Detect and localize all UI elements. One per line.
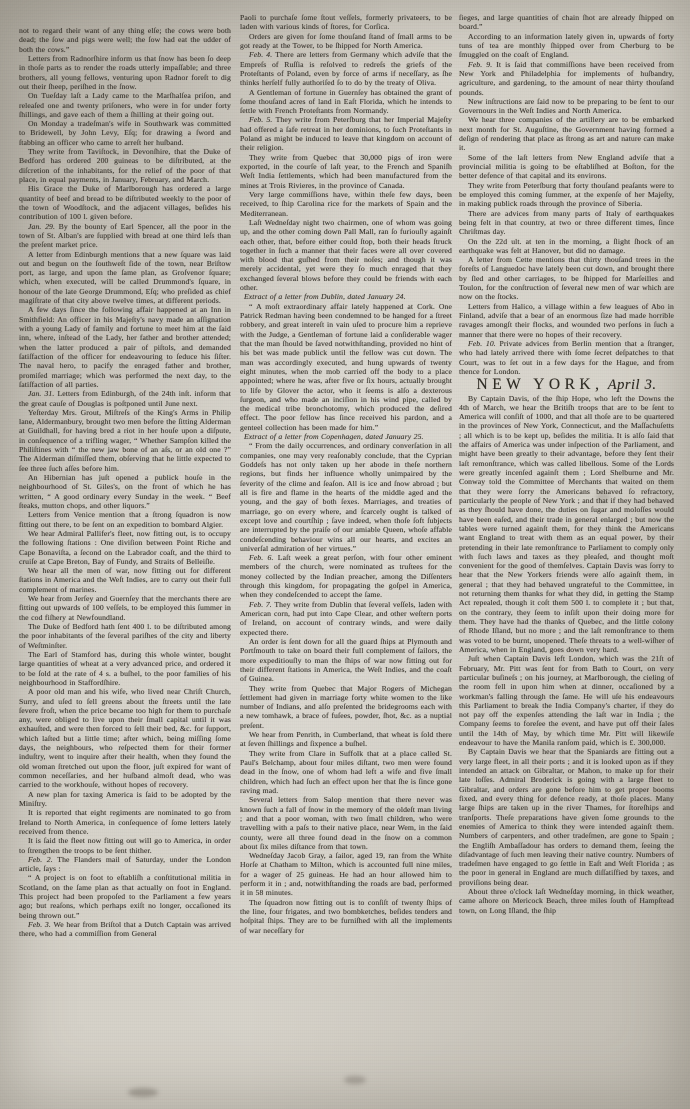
extract-caption: Extract of a letter from Copenhagen, dat… [240, 432, 452, 441]
news-paragraph: Feb. 5. They write from Peterſburg that … [240, 115, 452, 152]
news-paragraph: The ſquadron now fitting out is to conſi… [240, 898, 452, 935]
news-paragraph: By Captain Davis, of the ſhip Hope, who … [459, 394, 674, 655]
news-paragraph: Wedneſday Jacob Gray, a ſailor, aged 19,… [240, 851, 452, 898]
news-paragraph: We hear from Penrith, in Cumberland, tha… [240, 730, 452, 749]
date-lead: Feb. 5. [249, 115, 276, 124]
news-paragraph: The Duke of Bedford hath ſent 400 l. to … [19, 622, 231, 650]
news-paragraph: “ From the daily occurrences, and ordina… [240, 441, 452, 553]
news-paragraph: Orders are given for ſome thouſand ſtand… [240, 32, 452, 51]
extract-caption: Extract of a letter from Dublin, dated J… [240, 292, 452, 301]
news-paragraph: not to regard their want of any thing el… [19, 26, 231, 54]
news-paragraph: A Gentleman of fortune in Guernſey has o… [240, 88, 452, 116]
news-paragraph: ſieges, and large quantities of chain ſh… [459, 13, 674, 32]
news-paragraph: They write from Peterſburg that forty th… [459, 181, 674, 209]
news-paragraph: A new plan for taxing America is ſaid to… [19, 790, 231, 809]
news-paragraph: Letters from Halico, a village within a … [459, 302, 674, 339]
news-paragraph: Laſt Wedneſday night two chairmen, one o… [240, 218, 452, 293]
news-paragraph: They write from Clare in Suffolk that at… [240, 749, 452, 796]
news-paragraph: On Monday a tradeſman's wife in Southwar… [19, 119, 231, 147]
date-lead: Feb. 7. [249, 600, 274, 609]
dateline-heading: NEW YORK, April 3. [459, 380, 674, 391]
news-paragraph: It is ſaid the fleet now fitting out wil… [19, 836, 231, 855]
news-paragraph: “ A moſt extraordinary affair lately hap… [240, 302, 452, 432]
news-paragraph: Letters from Radnorſhire inform us that … [19, 54, 231, 91]
news-paragraph: Juſt when Captain Davis left London, whi… [459, 654, 674, 747]
news-paragraph: A letter from Cette mentions that thirty… [459, 255, 674, 302]
news-paragraph: We hear three companies of the artillery… [459, 115, 674, 152]
dateline-city: NEW YORK, [477, 376, 604, 393]
news-paragraph: Several letters from Salop mention that … [240, 795, 452, 851]
news-paragraph: Feb. 3. We hear from Briſtol that a Dutc… [19, 920, 231, 939]
column-middle: Paoli to purchaſe ſome ſtout veſſels, fo… [240, 13, 452, 1103]
news-paragraph: Feb. 10. Private advices from Berlin men… [459, 339, 674, 376]
date-lead: Jan. 29. [28, 222, 59, 231]
news-paragraph: We hear all the men of war, now fitting … [19, 566, 231, 594]
news-paragraph: Some of the laſt letters from New Englan… [459, 153, 674, 181]
news-paragraph: An Hibernian has juſt opened a publick h… [19, 473, 231, 510]
news-paragraph: They write from Quebec that Major Rogers… [240, 684, 452, 731]
date-lead: Feb. 6. [249, 553, 278, 562]
news-paragraph: They write from Taviſtock, in Devonſhire… [19, 147, 231, 184]
date-lead: Feb. 2. [28, 855, 57, 864]
news-paragraph: About three o'clock laſt Wedneſday morni… [459, 887, 674, 915]
news-paragraph: Jan. 31. Letters from Edinburgh, of the … [19, 389, 231, 408]
date-lead: Feb. 9. [468, 60, 496, 69]
news-paragraph: Feb. 2. The Flanders mail of Saturday, u… [19, 855, 231, 874]
news-paragraph: Jan. 29. By the bounty of Earl Spencer, … [19, 222, 231, 250]
news-paragraph: New inſtructions are ſaid now to be prep… [459, 97, 674, 116]
newspaper-page: not to regard their want of any thing el… [0, 0, 690, 1109]
dateline-date: April 3. [604, 377, 657, 393]
news-paragraph: Yeſterday Mrs. Grout, Miſtreſs of the Ki… [19, 408, 231, 473]
news-paragraph: By Captain Davis we hear that the Spania… [459, 747, 674, 887]
news-paragraph: On the 22d ult. at ten in the morning, a… [459, 237, 674, 256]
news-paragraph: A letter from Edinburgh mentions that a … [19, 250, 231, 306]
column-right: ſieges, and large quantities of chain ſh… [459, 13, 674, 1103]
news-paragraph: Feb. 4. There are letters from Germany w… [240, 50, 452, 87]
news-paragraph: Feb. 7. They write from Dublin that ſeve… [240, 600, 452, 637]
news-paragraph: It is reported that eight regiments are … [19, 808, 231, 836]
news-paragraph: An order is ſent down for all the guard … [240, 637, 452, 684]
news-paragraph: Very large commiſſions have, within theſ… [240, 190, 452, 218]
date-lead: Feb. 10. [468, 339, 499, 348]
news-paragraph: According to an information lately given… [459, 32, 674, 60]
news-paragraph: Letters from Venice mention that a ſtron… [19, 510, 231, 529]
news-paragraph: There are advices from many parts of Ita… [459, 209, 674, 237]
news-paragraph: A poor old man and his wife, who lived n… [19, 687, 231, 789]
news-paragraph: Feb. 6. Laſt week a great perſon, with f… [240, 553, 452, 600]
news-paragraph: “ A project is on foot to eſtabliſh a co… [19, 873, 231, 920]
news-paragraph: Feb. 9. It is ſaid that commiſſions have… [459, 60, 674, 97]
date-lead: Feb. 3. [28, 920, 53, 929]
news-paragraph: They write from Quebec that 30,000 pigs … [240, 153, 452, 190]
news-paragraph: Paoli to purchaſe ſome ſtout veſſels, fo… [240, 13, 452, 32]
news-paragraph: We hear from Jerſey and Guernſey that th… [19, 594, 231, 622]
news-paragraph: The Earl of Stamford has, during this wh… [19, 650, 231, 687]
news-paragraph: On Tueſday laſt a Lady came to the Marſh… [19, 91, 231, 119]
news-paragraph: A few days ſince the following affair ha… [19, 305, 231, 389]
date-lead: Feb. 4. [249, 50, 275, 59]
date-lead: Jan. 31. [28, 389, 57, 398]
news-paragraph: His Grace the Duke of Marlborough has or… [19, 184, 231, 221]
news-paragraph: We hear Admiral Pallifer's fleet, now fi… [19, 529, 231, 566]
column-left: not to regard their want of any thing el… [19, 26, 231, 1101]
